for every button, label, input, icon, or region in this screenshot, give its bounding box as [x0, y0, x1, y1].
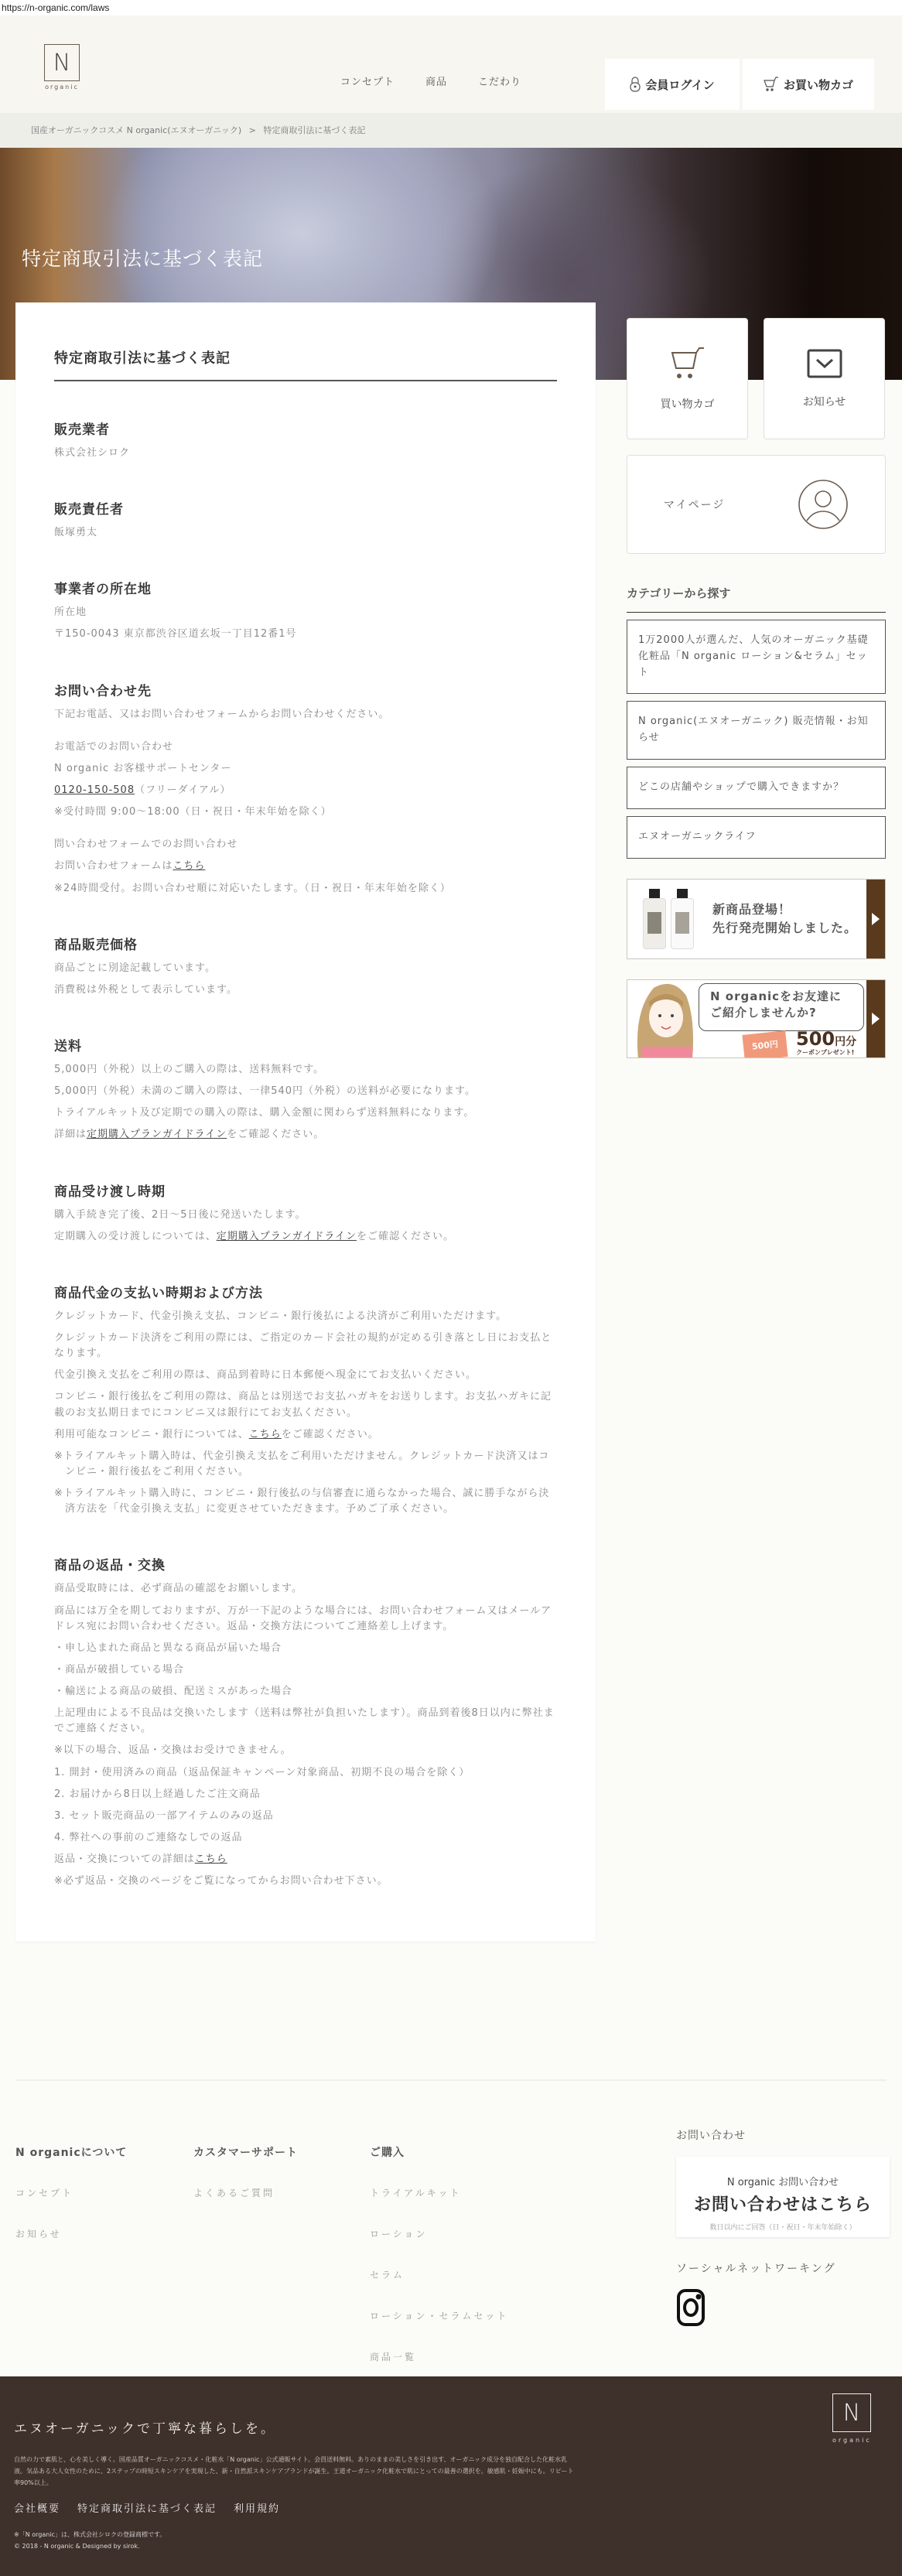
- footer-link-serum[interactable]: セラム: [370, 2268, 508, 2281]
- footer-divider: [15, 2079, 887, 2081]
- footer-trademark: ※「N organic」は、株式会社シロクの登録商標です。 © 2018 - N…: [14, 2529, 166, 2552]
- returns-line: 1. 開封・使用済みの商品（返品保証キャンペーン対象商品、初期不良の場合を除く）: [54, 1765, 557, 1781]
- footer-col-contact: お問い合わせ N organic お問い合わせ お問い合わせはこちら 数日以内に…: [676, 2127, 890, 2330]
- breadcrumb: 国産オーガニックコスメ N organic(エヌオーガニック) > 特定商取引法…: [0, 114, 902, 148]
- category-item[interactable]: N organic(エヌオーガニック) 販売情報・お知らせ: [627, 701, 886, 760]
- footer-legal-links: 会社概要 特定商取引法に基づく表記 利用規約: [14, 2500, 280, 2515]
- section-shipping: 送料 5,000円（外税）以上のご購入の際は、送料無料です。 5,000円（外税…: [54, 1035, 557, 1143]
- sidebar: 買い物カゴ お知らせ マイページ カテゴリーから探す 1万2000人が選んだ、人…: [627, 318, 886, 1058]
- sns-label: ソーシャルネットワーキング: [676, 2260, 890, 2276]
- returns-line: 上記理由による不良品は交換いたします（送料は弊社が負担いたします）。商品到着後8…: [54, 1706, 557, 1737]
- phone-center: N organic お客様サポートセンター: [54, 761, 557, 777]
- section-manager: 販売責任者 飯塚勇太: [54, 498, 557, 541]
- contact-form-link[interactable]: こちら: [173, 860, 205, 872]
- footer-link-all-products[interactable]: 商品一覧: [370, 2350, 508, 2363]
- returns-line: 2. お届けから8日以上経過したご注文商品: [54, 1787, 557, 1802]
- contact-box-line3: 数日以内にご回答（日・祝日・年末年始除く）: [676, 2222, 890, 2232]
- logo-subtitle: organic: [44, 84, 80, 91]
- coupon-badge: 500円: [742, 1030, 788, 1058]
- form-text: お問い合わせフォームは: [54, 860, 173, 872]
- contact-button[interactable]: N organic お問い合わせ お問い合わせはこちら 数日以内にご回答（日・祝…: [676, 2157, 890, 2237]
- text: 利用可能なコンビニ・銀行については、: [54, 1429, 249, 1440]
- nav-products[interactable]: 商品: [425, 73, 447, 88]
- new-product-banner[interactable]: 新商品登場！ 先行発売開始しました。: [627, 879, 886, 959]
- payment-note: ※トライアルキット購入時は、代金引換え支払をご利用いただけません。クレジットカー…: [54, 1449, 557, 1480]
- referral-banner[interactable]: N organicをお友達に ご紹介しませんか? 500円 500円分 クーポン…: [627, 979, 886, 1058]
- payment-line: 代金引換え支払をご利用の際は、商品到着時に日本郵便へ現金にてお支払いください。: [54, 1368, 557, 1383]
- returns-line: ・申し込まれた商品と異なる商品が届いた場合: [54, 1641, 557, 1656]
- contact-label: お問い合わせ: [676, 2127, 890, 2143]
- section-heading: 事業者の所在地: [54, 578, 557, 597]
- arrow-right-icon: [866, 980, 885, 1057]
- header-cart-label: お買い物カゴ: [784, 77, 853, 93]
- section-contact: お問い合わせ先 下記お電話、又はお問い合わせフォームからお問い合わせください。 …: [54, 680, 557, 897]
- payment-line: クレジットカード決済をご利用の際には、ご指定のカード会社の規約が定める引き落とし…: [54, 1331, 557, 1361]
- logo-mark: N: [44, 44, 80, 81]
- payment-note: ※トライアルキット購入時に、コンビニ・銀行後払の与信審査に通らなかった場合、誠に…: [54, 1486, 557, 1517]
- amount-unit: 円分: [835, 1036, 856, 1048]
- shipping-detail: 詳細は定期購入プランガイドラインをご確認ください。: [54, 1127, 557, 1143]
- speech-bubble: N organicをお友達に ご紹介しませんか?: [699, 983, 864, 1031]
- section-heading: 商品代金の支払い時期および方法: [54, 1282, 557, 1301]
- footer-col-title: N organicについて: [15, 2144, 127, 2160]
- breadcrumb-separator: >: [249, 125, 256, 135]
- form-note: ※24時間受付。お問い合わせ順に対応いたします。（日・祝日・年末年始を除く）: [54, 881, 557, 897]
- section-delivery: 商品受け渡し時期 購入手続き完了後、2日〜5日後に発送いたします。 定期購入の受…: [54, 1180, 557, 1245]
- returns-line: ・輸送による商品の破損、配送ミスがあった場合: [54, 1684, 557, 1700]
- nav-commitment[interactable]: こだわり: [478, 73, 521, 88]
- returns-line: 商品受取時には、必ず商品の確認をお願いします。: [54, 1581, 557, 1597]
- footer-logo-mark: N: [832, 2393, 871, 2432]
- payment-line: クレジットカード、代金引換え支払、コンビニ・銀行後払による決済がご利用いただけま…: [54, 1309, 557, 1324]
- site-logo[interactable]: N organic: [44, 44, 80, 91]
- section-heading: 送料: [54, 1035, 557, 1054]
- section-payment: 商品代金の支払い時期および方法 クレジットカード、代金引換え支払、コンビニ・銀行…: [54, 1282, 557, 1518]
- phone-note: （フリーダイアル）: [135, 784, 231, 796]
- product-bottles-image: [643, 889, 694, 949]
- global-nav: コンセプト 商品 こだわり: [340, 73, 521, 88]
- contact-box-line1: N organic お問い合わせ: [676, 2174, 890, 2188]
- amount-number: 500: [796, 1028, 835, 1050]
- bubble-line: ご紹介しませんか?: [710, 1005, 852, 1021]
- form-line: お問い合わせフォームはこちら: [54, 859, 557, 874]
- section-heading: 販売業者: [54, 419, 557, 438]
- text: 詳細は: [54, 1129, 87, 1140]
- trademark-text: ※「N organic」は、株式会社シロクの登録商標です。: [14, 2529, 166, 2540]
- subscription-guideline-link[interactable]: 定期購入プランガイドライン: [217, 1231, 357, 1242]
- user-avatar-icon: [798, 479, 849, 530]
- sidebar-cart-tile[interactable]: 買い物カゴ: [627, 318, 748, 439]
- returns-detail-link[interactable]: こちら: [195, 1853, 227, 1865]
- text: をご確認ください。: [227, 1129, 324, 1140]
- banner-line: 先行発売開始しました。: [712, 919, 857, 938]
- bubble-line: N organicをお友達に: [710, 989, 852, 1005]
- phone-heading: お電話でのお問い合わせ: [54, 740, 557, 755]
- footer-link-concept[interactable]: コンセプト: [15, 2186, 127, 2199]
- category-title: カテゴリーから探す: [627, 585, 886, 613]
- convenience-store-link[interactable]: こちら: [249, 1429, 282, 1440]
- section-heading: 商品受け渡し時期: [54, 1180, 557, 1200]
- address-label: 所在地: [54, 605, 557, 620]
- sidebar-mypage-button[interactable]: マイページ: [627, 455, 886, 554]
- section-heading: 販売責任者: [54, 498, 557, 518]
- section-seller: 販売業者 株式会社シロク: [54, 419, 557, 461]
- price-line: 消費税は外税として表示しています。: [54, 982, 557, 998]
- text: 定期購入の受け渡しについては、: [54, 1231, 217, 1242]
- cart-icon: [670, 347, 706, 381]
- card-title: 特定商取引法に基づく表記: [54, 347, 557, 381]
- footer-link-trial-kit[interactable]: トライアルキット: [370, 2186, 508, 2199]
- mypage-label: マイページ: [664, 497, 725, 512]
- footer-col-title: カスタマーサポート: [193, 2144, 298, 2160]
- copyright-text: © 2018 - N organic & Designed by sirok.: [14, 2540, 166, 2552]
- returns-detail: 返品・交換についての詳細はこちら: [54, 1852, 557, 1867]
- returns-line: 4. 弊社への事前のご連絡なしでの返品: [54, 1830, 557, 1846]
- mail-icon: [807, 349, 842, 378]
- category-item[interactable]: エヌオーガニックライフ: [627, 816, 886, 859]
- delivery-line: 購入手続き完了後、2日〜5日後に発送いたします。: [54, 1208, 557, 1223]
- footer-col-title: ご購入: [370, 2144, 508, 2160]
- cart-icon: [764, 77, 779, 92]
- hero-title: 特定商取引法に基づく表記: [22, 244, 263, 272]
- nav-concept[interactable]: コンセプト: [340, 73, 395, 88]
- phone-number-link[interactable]: 0120-150-508: [54, 784, 135, 796]
- footer-tagline: エヌオーガニックで丁寧な暮らしを。: [14, 2417, 276, 2437]
- phone-line: 0120-150-508（フリーダイアル）: [54, 783, 557, 798]
- footer-col-about: N organicについて コンセプト お知らせ: [15, 2113, 127, 2240]
- payment-availability: 利用可能なコンビニ・銀行については、こちらをご確認ください。: [54, 1427, 557, 1443]
- shipping-line: トライアルキット及び定期での購入の際は、購入金額に関わらず送料無料になります。: [54, 1105, 557, 1121]
- coupon-amount: 500円分: [796, 1030, 856, 1048]
- coupon-note: クーポンプレゼント!: [796, 1048, 854, 1057]
- returns-final-note: ※必ず返品・交換のページをご覧になってからお問い合わせ下さい。: [54, 1874, 557, 1889]
- banner-text: 新商品登場！ 先行発売開始しました。: [712, 900, 857, 938]
- form-heading: 問い合わせフォームでのお問い合わせ: [54, 837, 557, 852]
- banner-line: 新商品登場！: [712, 900, 857, 919]
- member-login-button[interactable]: 会員ログイン: [605, 59, 740, 110]
- news-tile-label: お知らせ: [803, 394, 846, 409]
- footer-link-terms[interactable]: 利用規約: [234, 2500, 280, 2515]
- section-heading: 商品販売価格: [54, 934, 557, 953]
- browser-url-bar[interactable]: https://n-organic.com/laws: [0, 0, 902, 15]
- footer-link-legal-notice[interactable]: 特定商取引法に基づく表記: [77, 2500, 217, 2515]
- section-heading: 商品の返品・交換: [54, 1554, 557, 1573]
- header-cart-button[interactable]: お買い物カゴ: [743, 59, 874, 110]
- subscription-guideline-link[interactable]: 定期購入プランガイドライン: [87, 1129, 227, 1140]
- returns-line: ※以下の場合、返品・交換はお受けできません。: [54, 1743, 557, 1758]
- manager-name: 飯塚勇太: [54, 525, 557, 541]
- phone-hours: ※受付時間 9:00〜18:00（日・祝日・年末年始を除く）: [54, 805, 557, 820]
- arrow-right-icon: [866, 880, 885, 958]
- text: 返品・交換についての詳細は: [54, 1853, 195, 1865]
- category-item[interactable]: 1万2000人が選んだ、人気のオーガニック基礎化粧品「N organic ローシ…: [627, 620, 886, 694]
- address-value: 〒150-0043 東京都渋谷区道玄坂一丁目12番1号: [54, 627, 557, 642]
- footer-col-support: カスタマーサポート よくあるご質問: [193, 2113, 298, 2199]
- footer-col-purchase: ご購入 トライアルキット ローション セラム ローション・セラムセット 商品一覧: [370, 2113, 508, 2363]
- breadcrumb-home[interactable]: 国産オーガニックコスメ N organic(エヌオーガニック): [31, 125, 241, 135]
- returns-line: 3. セット販売商品の一部アイテムのみの返品: [54, 1809, 557, 1824]
- lock-icon: [630, 77, 641, 92]
- illustration-girl-icon: [630, 980, 700, 1058]
- footer-link-faq[interactable]: よくあるご質問: [193, 2186, 298, 2199]
- sidebar-tiles: 買い物カゴ お知らせ: [627, 318, 886, 439]
- text: をご確認ください。: [282, 1429, 379, 1440]
- section-address: 事業者の所在地 所在地 〒150-0043 東京都渋谷区道玄坂一丁目12番1号: [54, 578, 557, 642]
- returns-line: 商品には万全を期しておりますが、万が一下記のような場合には、お問い合わせフォーム…: [54, 1604, 557, 1635]
- footer-link-lotion-serum-set[interactable]: ローション・セラムセット: [370, 2309, 508, 2322]
- member-login-label: 会員ログイン: [645, 77, 714, 93]
- breadcrumb-current: 特定商取引法に基づく表記: [263, 125, 365, 135]
- price-line: 商品ごとに別途記載しています。: [54, 961, 557, 976]
- category-item[interactable]: どこの店舗やショップで購入できますか？: [627, 767, 886, 809]
- footer-link-lotion[interactable]: ローション: [370, 2227, 508, 2240]
- section-heading: お問い合わせ先: [54, 680, 557, 699]
- shipping-line: 5,000円（外税）以上のご購入の際は、送料無料です。: [54, 1062, 557, 1078]
- shipping-line: 5,000円（外税）未満のご購入の際は、一律540円（外税）の送料が必要になりま…: [54, 1084, 557, 1099]
- payment-line: コンビニ・銀行後払をご利用の際は、商品とは別送でお支払ハガキをお送りします。お支…: [54, 1389, 557, 1420]
- contact-box-line2: お問い合わせはこちら: [676, 2192, 890, 2216]
- section-returns: 商品の返品・交換 商品受取時には、必ず商品の確認をお願いします。 商品には万全を…: [54, 1554, 557, 1889]
- footer-description: 自然の力で素肌と、心を美しく導く。国産品質オーガニックコスメ・化粧水「N org…: [14, 2454, 579, 2489]
- footer-bottom: エヌオーガニックで丁寧な暮らしを。 自然の力で素肌と、心を美しく導く。国産品質オ…: [0, 2376, 902, 2576]
- instagram-icon[interactable]: [676, 2288, 706, 2327]
- section-price: 商品販売価格 商品ごとに別途記載しています。 消費税は外税として表示しています。: [54, 934, 557, 998]
- delivery-line: 定期購入の受け渡しについては、定期購入プランガイドラインをご確認ください。: [54, 1229, 557, 1245]
- footer-logo[interactable]: N organic: [832, 2393, 872, 2444]
- footer-link-news[interactable]: お知らせ: [15, 2227, 127, 2240]
- legal-notice-card: 特定商取引法に基づく表記 販売業者 株式会社シロク 販売責任者 飯塚勇太 事業者…: [15, 302, 596, 1942]
- sidebar-news-tile[interactable]: お知らせ: [764, 318, 885, 439]
- footer-logo-subtitle: organic: [832, 2437, 872, 2444]
- contact-intro: 下記お電話、又はお問い合わせフォームからお問い合わせください。: [54, 707, 557, 723]
- footer-link-company[interactable]: 会社概要: [14, 2500, 60, 2515]
- returns-line: ・商品が破損している場合: [54, 1662, 557, 1678]
- text: をご確認ください。: [357, 1231, 454, 1242]
- seller-name: 株式会社シロク: [54, 446, 557, 461]
- site-header: N organic コンセプト 商品 こだわり 会員ログイン お買い物カゴ: [0, 15, 902, 114]
- cart-tile-label: 買い物カゴ: [661, 396, 715, 412]
